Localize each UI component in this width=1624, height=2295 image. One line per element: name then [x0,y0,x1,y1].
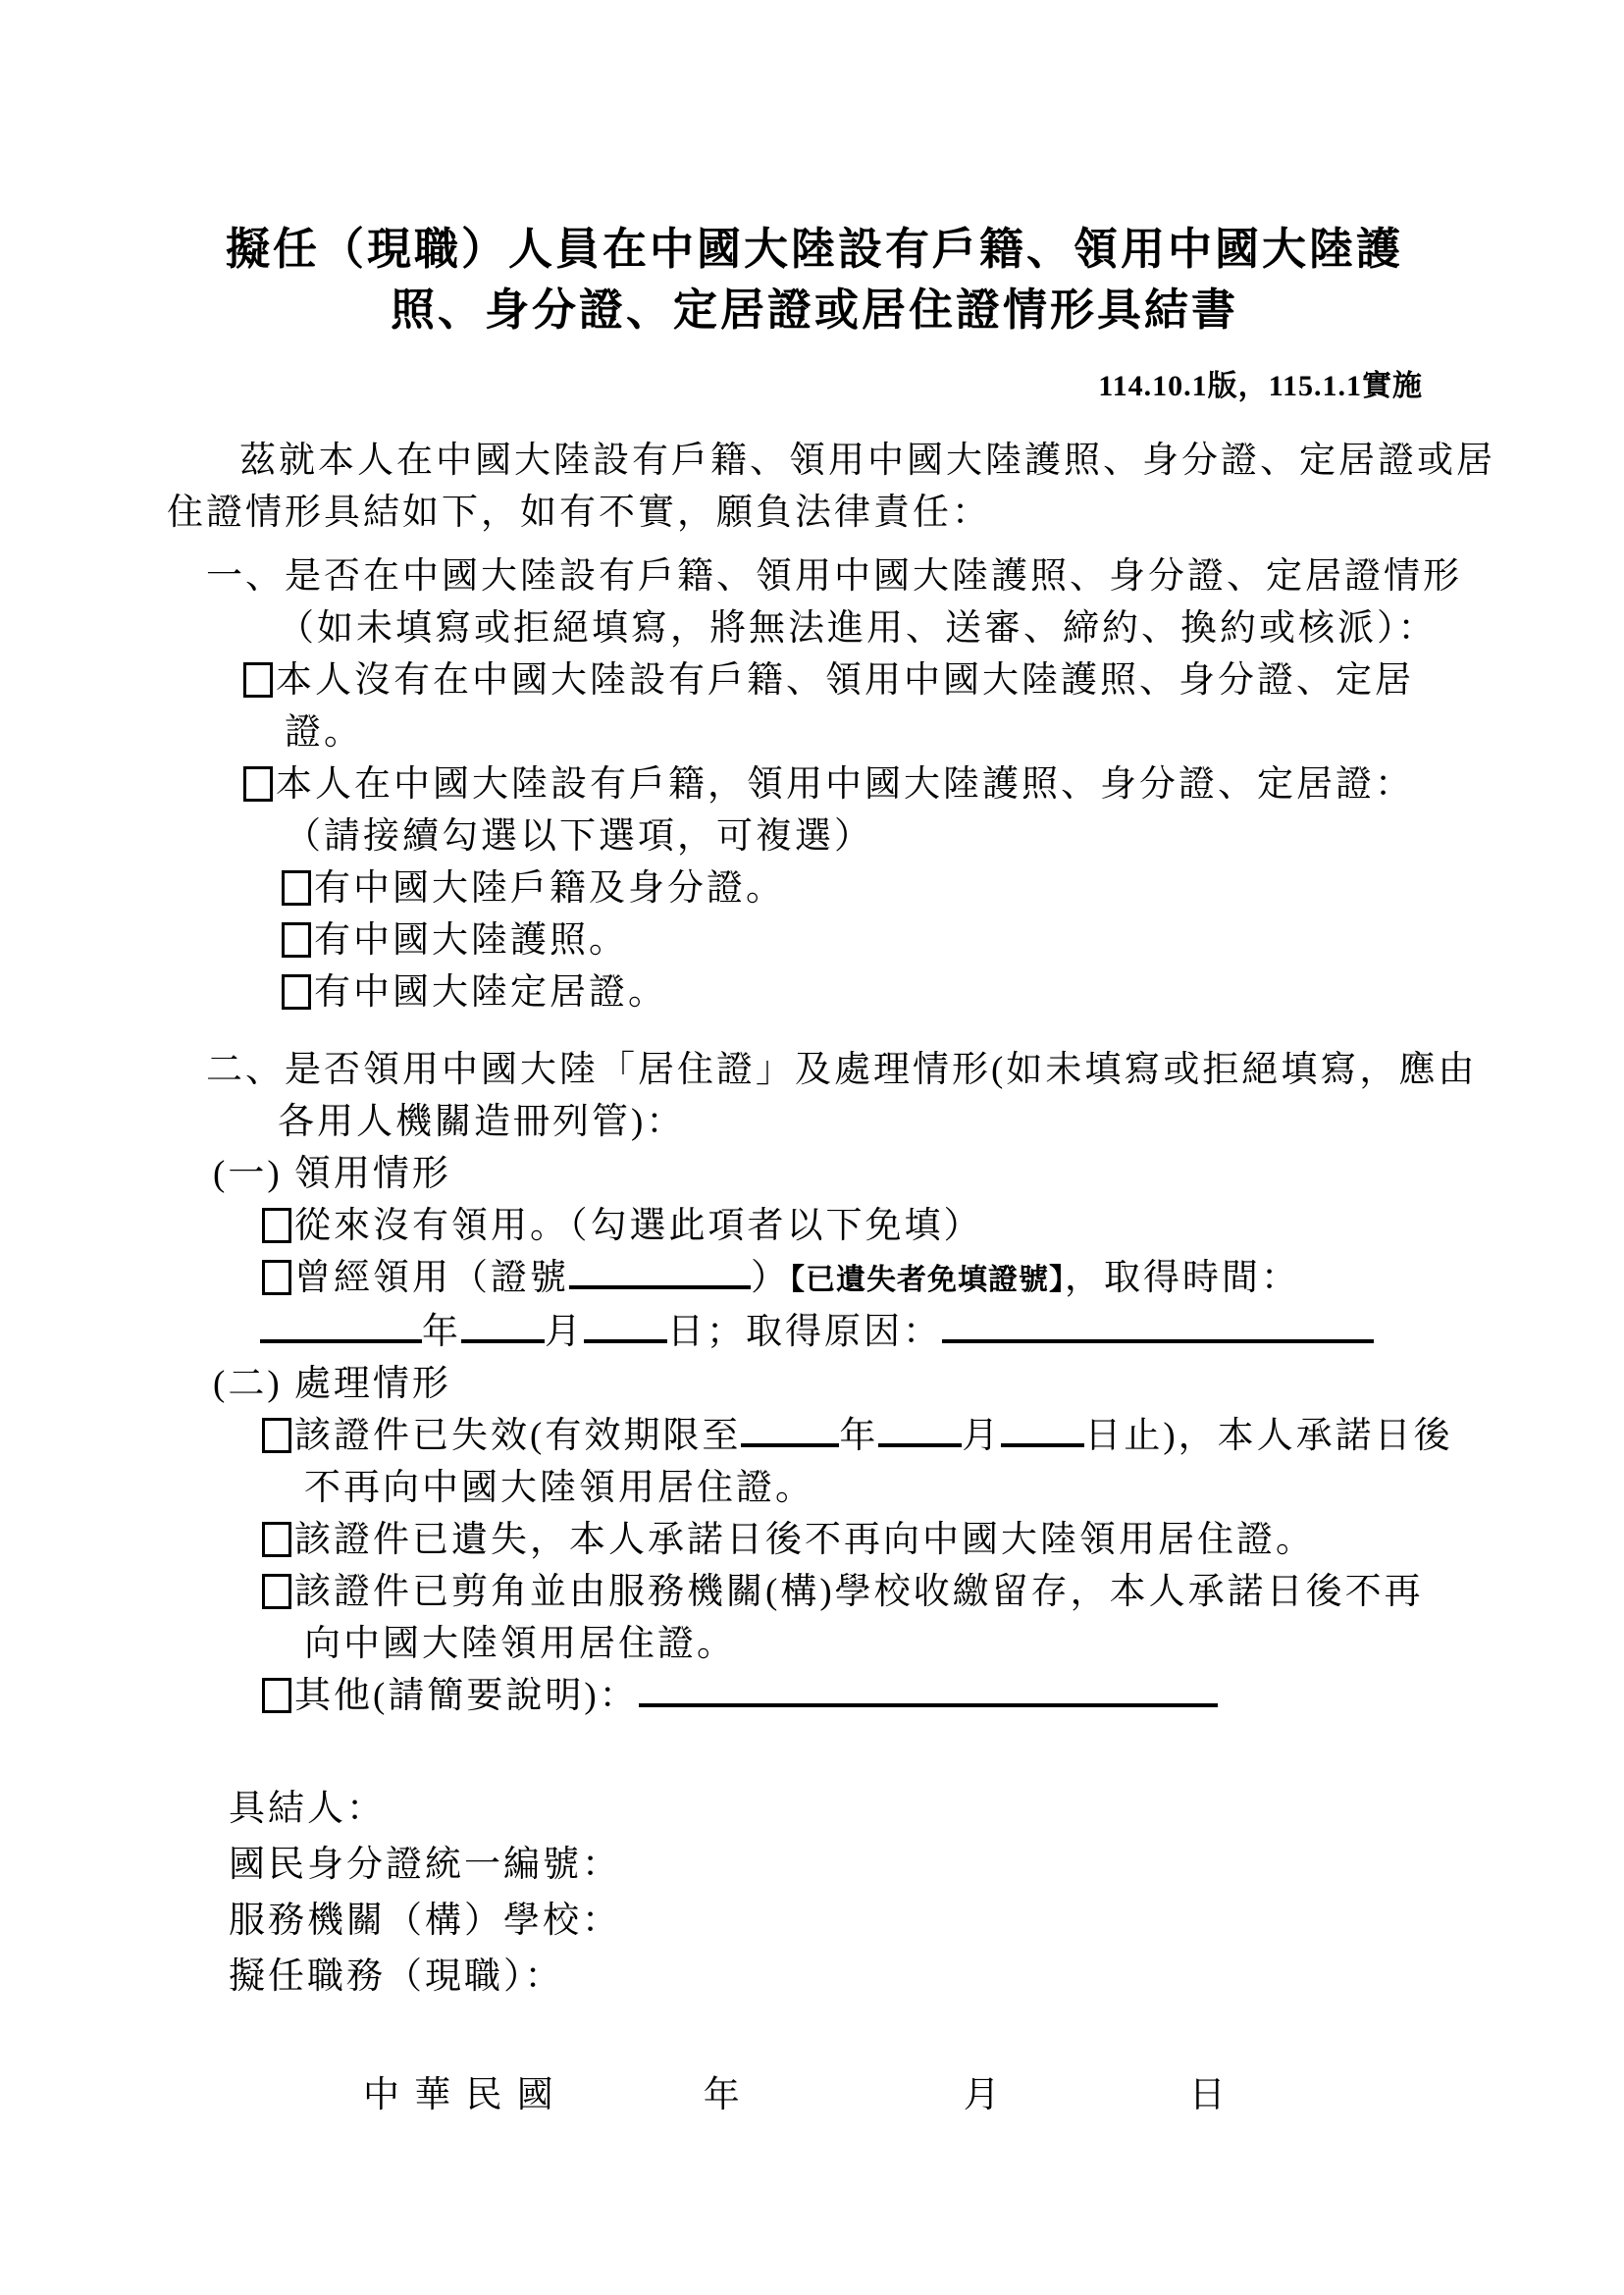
form-line: 茲就本人在中國大陸設有戶籍、領用中國大陸護照、身分證、定居證或居 [167,435,1462,487]
form-line: 國民身分證統一編號： [229,1837,1462,1893]
text-run: （請接續勾選以下選項，可複選） [285,816,873,857]
form-line: 曾經領用（證號）【已遺失者免填證號】，取得時間： [262,1252,1462,1306]
text-run: 一、是否在中國大陸設有戶籍、領用中國大陸護照、身分證、定居證情形 [206,556,1462,597]
text-run: 該證件已剪角並由服務機關(構)學校收繳留存，本人承諾日後不再 [294,1572,1424,1612]
form-line: 年月日；取得原因： [260,1306,1462,1358]
fill-blank[interactable] [461,1331,545,1343]
text-run: 有中國大陸護照。 [314,920,628,961]
spacer [556,2106,704,2107]
checkbox[interactable] [282,922,311,958]
fill-blank[interactable] [584,1331,667,1343]
text-run: 日 [1189,2075,1229,2115]
text-run: 有中國大陸戶籍及身分證。 [314,868,785,909]
text-run: 各用人機關造冊列管)： [278,1102,685,1142]
form-line: 有中國大陸定居證。 [282,966,1462,1018]
text-run: 擬任職務（現職）： [229,1956,564,1997]
text-run: (二) 處理情形 [213,1364,451,1404]
form-line: 住證情形具結如下，如有不實，願負法律責任： [167,487,1462,539]
text-run: ） [751,1258,790,1298]
text-run: 月 [964,2075,1003,2115]
form-line: 服務機關（構）學校： [229,1893,1462,1949]
checkbox[interactable] [262,1522,291,1557]
text-run: 年 [704,2075,743,2115]
form-line: 其他(請簡要說明)： [262,1670,1462,1722]
spacer [743,2106,964,2107]
form-line: 有中國大陸護照。 [282,914,1462,966]
form-line: 本人沒有在中國大陸設有戶籍、領用中國大陸護照、身分證、定居 [243,654,1462,706]
fill-blank[interactable] [639,1695,1218,1707]
document-title: 擬任（現職）人員在中國大陸設有戶籍、領用中國大陸護 照、身分證、定居證或居住證情… [167,219,1462,340]
form-line: 各用人機關造冊列管)： [278,1096,1462,1148]
form-line: 二、是否領用中國大陸「居住證」及處理情形(如未填寫或拒絕填寫，應由 [206,1044,1462,1096]
form-line: 該證件已遺失，本人承諾日後不再向中國大陸領用居住證。 [262,1514,1462,1566]
text-run: 具結人： [229,1789,386,1829]
text-run: 年 [839,1416,878,1456]
text-run: 從來沒有領用。（勾選此項者以下免填） [294,1206,983,1246]
fill-blank[interactable] [942,1331,1374,1343]
text-run: （如未填寫或拒絕填寫，將無法進用、送審、締約、換約或核派）： [278,608,1438,649]
fill-blank[interactable] [878,1435,962,1447]
text-run: 月 [545,1312,584,1352]
text-run: 該證件已遺失，本人承諾日後不再向中國大陸領用居住證。 [294,1520,1315,1560]
checkbox[interactable] [282,974,311,1010]
form-line: 中 華 民 國年月日 [363,2067,1462,2123]
text-run: 【已遺失者免填證號】 [790,1264,1065,1296]
declaration-form-page: 擬任（現職）人員在中國大陸設有戶籍、領用中國大陸護 照、身分證、定居證或居住證情… [0,0,1624,2295]
text-run: 茲就本人在中國大陸設有戶籍、領用中國大陸護照、身分證、定居證或居 [239,441,1495,481]
fill-blank[interactable] [1001,1435,1084,1447]
form-line: （請接續勾選以下選項，可複選） [285,810,1462,862]
text-run: (一) 領用情形 [213,1154,451,1194]
text-run: 該證件已失效(有效期限至 [294,1416,741,1456]
document-title-line-2: 照、身分證、定居證或居住證情形具結書 [167,280,1462,340]
form-line: 證。 [285,706,1462,758]
text-run: 不再向中國大陸領用居住證。 [304,1468,814,1508]
form-line: 從來沒有領用。（勾選此項者以下免填） [262,1200,1462,1252]
checkbox[interactable] [262,1678,291,1713]
checkbox[interactable] [262,1574,291,1609]
text-run: 二、是否領用中國大陸「居住證」及處理情形(如未填寫或拒絕填寫，應由 [206,1050,1477,1090]
checkbox[interactable] [262,1418,291,1453]
checkbox[interactable] [262,1208,291,1243]
text-run: 有中國大陸定居證。 [314,972,667,1013]
form-line: 不再向中國大陸領用居住證。 [304,1462,1462,1514]
fill-blank[interactable] [569,1278,751,1289]
text-run: 本人沒有在中國大陸設有戶籍、領用中國大陸護照、身分證、定居 [276,660,1414,701]
form-line: 本人在中國大陸設有戶籍，領用中國大陸護照、身分證、定居證： [243,758,1462,810]
form-line: 具結人： [229,1781,1462,1837]
text-run: ，取得時間： [1065,1258,1300,1298]
checkbox[interactable] [243,662,273,698]
checkbox[interactable] [243,766,273,802]
spacer [1003,2106,1189,2107]
checkbox[interactable] [262,1260,291,1295]
text-run: 中 華 民 國 [363,2075,556,2115]
form-line: 向中國大陸領用居住證。 [304,1618,1462,1670]
document-title-line-1: 擬任（現職）人員在中國大陸設有戶籍、領用中國大陸護 [167,219,1462,280]
text-run: 日；取得原因： [667,1312,942,1352]
form-line: 一、是否在中國大陸設有戶籍、領用中國大陸護照、身分證、定居證情形 [206,550,1462,602]
form-line: 該證件已失效(有效期限至年月日止)，本人承諾日後 [262,1410,1462,1462]
fill-blank[interactable] [741,1435,839,1447]
form-line: (一) 領用情形 [213,1148,1462,1200]
text-run: 向中國大陸領用居住證。 [304,1624,736,1664]
version-note: 114.10.1版，115.1.1實施 [167,370,1462,403]
form-line: （如未填寫或拒絕填寫，將無法進用、送審、締約、換約或核派）： [278,602,1462,654]
text-run: 其他(請簡要說明)： [294,1676,639,1716]
form-line: 有中國大陸戶籍及身分證。 [282,862,1462,914]
fill-blank[interactable] [260,1331,422,1343]
form-body: 茲就本人在中國大陸設有戶籍、領用中國大陸護照、身分證、定居證或居住證情形具結如下… [167,435,1462,2123]
form-line: (二) 處理情形 [213,1358,1462,1410]
text-run: 曾經領用（證號 [294,1258,569,1298]
text-run: 年 [422,1312,461,1352]
text-run: 本人在中國大陸設有戶籍，領用中國大陸護照、身分證、定居證： [276,764,1414,805]
form-line: 擬任職務（現職）： [229,1949,1462,2005]
text-run: 國民身分證統一編號： [229,1845,621,1885]
text-run: 月 [962,1416,1001,1456]
form-line: 該證件已剪角並由服務機關(構)學校收繳留存，本人承諾日後不再 [262,1566,1462,1618]
checkbox[interactable] [282,870,311,906]
text-run: 日止)，本人承諾日後 [1084,1416,1452,1456]
text-run: 住證情形具結如下，如有不實，願負法律責任： [167,493,991,533]
text-run: 證。 [285,712,363,753]
text-run: 服務機關（構）學校： [229,1901,621,1941]
